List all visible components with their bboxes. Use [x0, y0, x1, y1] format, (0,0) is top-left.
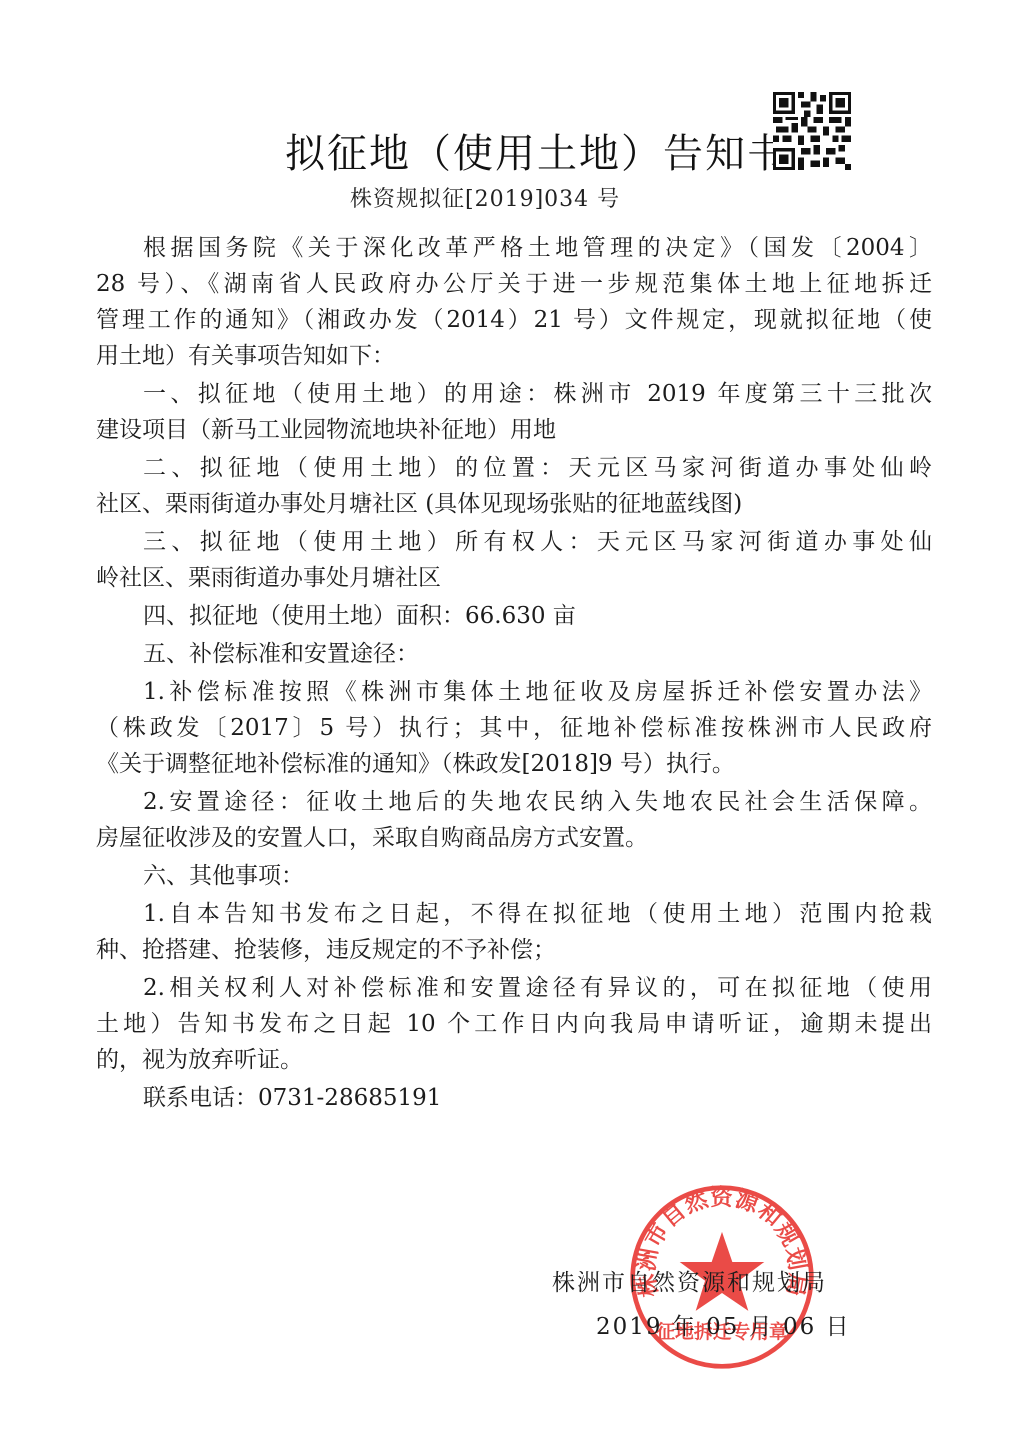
body-line: 三、拟征地（使用土地）所有权人：天元区马家河街道办事处仙 [143, 527, 932, 557]
body-line: 社区、栗雨街道办事处月塘社区 (具体见现场张贴的征地蓝线图) [96, 489, 742, 519]
body-line: 土地）告知书发布之日起 10 个工作日内向我局申请听证，逾期未提出 [96, 1009, 932, 1039]
body-line: 《关于调整征地补偿标准的通知》（株政发[2018]9 号）执行。 [96, 749, 735, 779]
document-number: 株资规拟征[2019]034 号 [350, 182, 620, 213]
issuer-name: 株洲市自然资源和规划局 [552, 1264, 827, 1297]
body-line: 根据国务院《关于深化改革严格土地管理的决定》（国发〔2004〕 [143, 233, 932, 263]
issue-date: 2019 年 05 月 06 日 [596, 1308, 851, 1341]
qr-code-icon [772, 92, 852, 170]
body-line: 五、补偿标准和安置途径： [143, 639, 419, 669]
body-line: 1.补偿标准按照《株洲市集体土地征收及房屋拆迁补偿安置办法》 [143, 677, 932, 707]
body-line: 一、拟征地（使用土地）的用途：株洲市 2019 年度第三十三批次 [143, 379, 932, 409]
body-line: 28 号）、《湖南省人民政府办公厅关于进一步规范集体土地上征地拆迁 [96, 269, 932, 299]
body-line: 用土地）有关事项告知如下： [96, 341, 395, 371]
body-line: 房屋征收涉及的安置人口，采取自购商品房方式安置。 [96, 823, 648, 853]
body-line: 2.安置途径：征收土地后的失地农民纳入失地农民社会生活保障。 [143, 787, 932, 817]
body-line: 四、拟征地（使用土地）面积：66.630 亩 [143, 601, 576, 631]
body-line: 的，视为放弃听证。 [96, 1045, 303, 1075]
body-line: 二、拟征地（使用土地）的位置：天元区马家河街道办事处仙岭 [143, 453, 932, 483]
body-line: 种、抢搭建、抢装修，违反规定的不予补偿； [96, 935, 556, 965]
body-line: 1.自本告知书发布之日起，不得在拟征地（使用土地）范围内抢栽 [143, 899, 932, 929]
document-title: 拟征地（使用土地）告知书 [285, 122, 789, 179]
body-line: 联系电话：0731-28685191 [143, 1083, 441, 1113]
document-page: 拟征地（使用土地）告知书 株资规拟征[2019]034 号 根据国务院《关于深化… [0, 0, 1024, 1441]
body-line: 岭社区、栗雨街道办事处月塘社区 [96, 563, 441, 593]
body-line: 六、其他事项： [143, 861, 304, 891]
body-line: 2.相关权利人对补偿标准和安置途径有异议的，可在拟征地（使用 [143, 973, 932, 1003]
body-line: 建设项目（新马工业园物流地块补征地）用地 [96, 415, 556, 445]
body-line: 管理工作的通知》（湘政办发（2014）21 号）文件规定，现就拟征地（使 [96, 305, 932, 335]
body-line: （株政发〔2017〕5 号）执行；其中，征地补偿标准按株洲市人民政府 [96, 713, 932, 743]
